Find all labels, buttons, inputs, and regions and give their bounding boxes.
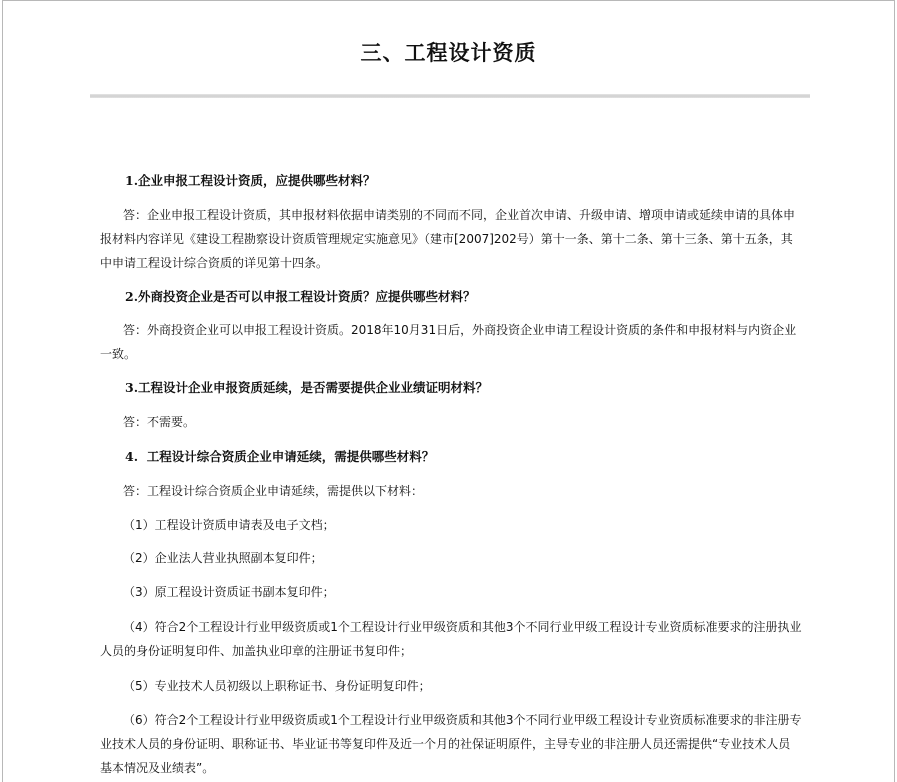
list-item: （5）专业技术人员初级以上职称证书、身份证明复印件； <box>100 674 802 698</box>
question-3: 3.工程设计企业申报资质延续，是否需要提供企业业绩证明材料？ <box>100 376 827 400</box>
answer-1: 答：企业申报工程设计资质，其申报材料依据申请类别的不同而不同，企业首次申请、升级… <box>100 203 802 275</box>
list-item: （2）企业法人营业执照副本复印件； <box>100 546 802 570</box>
page-title: 三、工程设计资质 <box>0 37 897 67</box>
question-1: 1.企业申报工程设计资质，应提供哪些材料？ <box>100 169 827 193</box>
list-item: （4）符合2个工程设计行业甲级资质或1个工程设计行业甲级资质和其他3个不同行业甲… <box>100 615 802 663</box>
question-2: 2.外商投资企业是否可以申报工程设计资质？应提供哪些材料？ <box>100 285 827 309</box>
title-separator <box>90 94 810 98</box>
answer-2: 答：外商投资企业可以申报工程设计资质。2018年10月31日后，外商投资企业申请… <box>100 318 802 366</box>
answer-4: 答：工程设计综合资质企业申请延续，需提供以下材料： <box>100 479 802 503</box>
list-item: （6）符合2个工程设计行业甲级资质或1个工程设计行业甲级资质和其他3个不同行业甲… <box>100 708 802 780</box>
list-item: （3）原工程设计资质证书副本复印件； <box>100 580 802 604</box>
list-item: （1）工程设计资质申请表及电子文档； <box>100 513 802 537</box>
answer-3: 答：不需要。 <box>100 410 802 434</box>
question-4: 4. 工程设计综合资质企业申请延续，需提供哪些材料？ <box>100 445 827 469</box>
